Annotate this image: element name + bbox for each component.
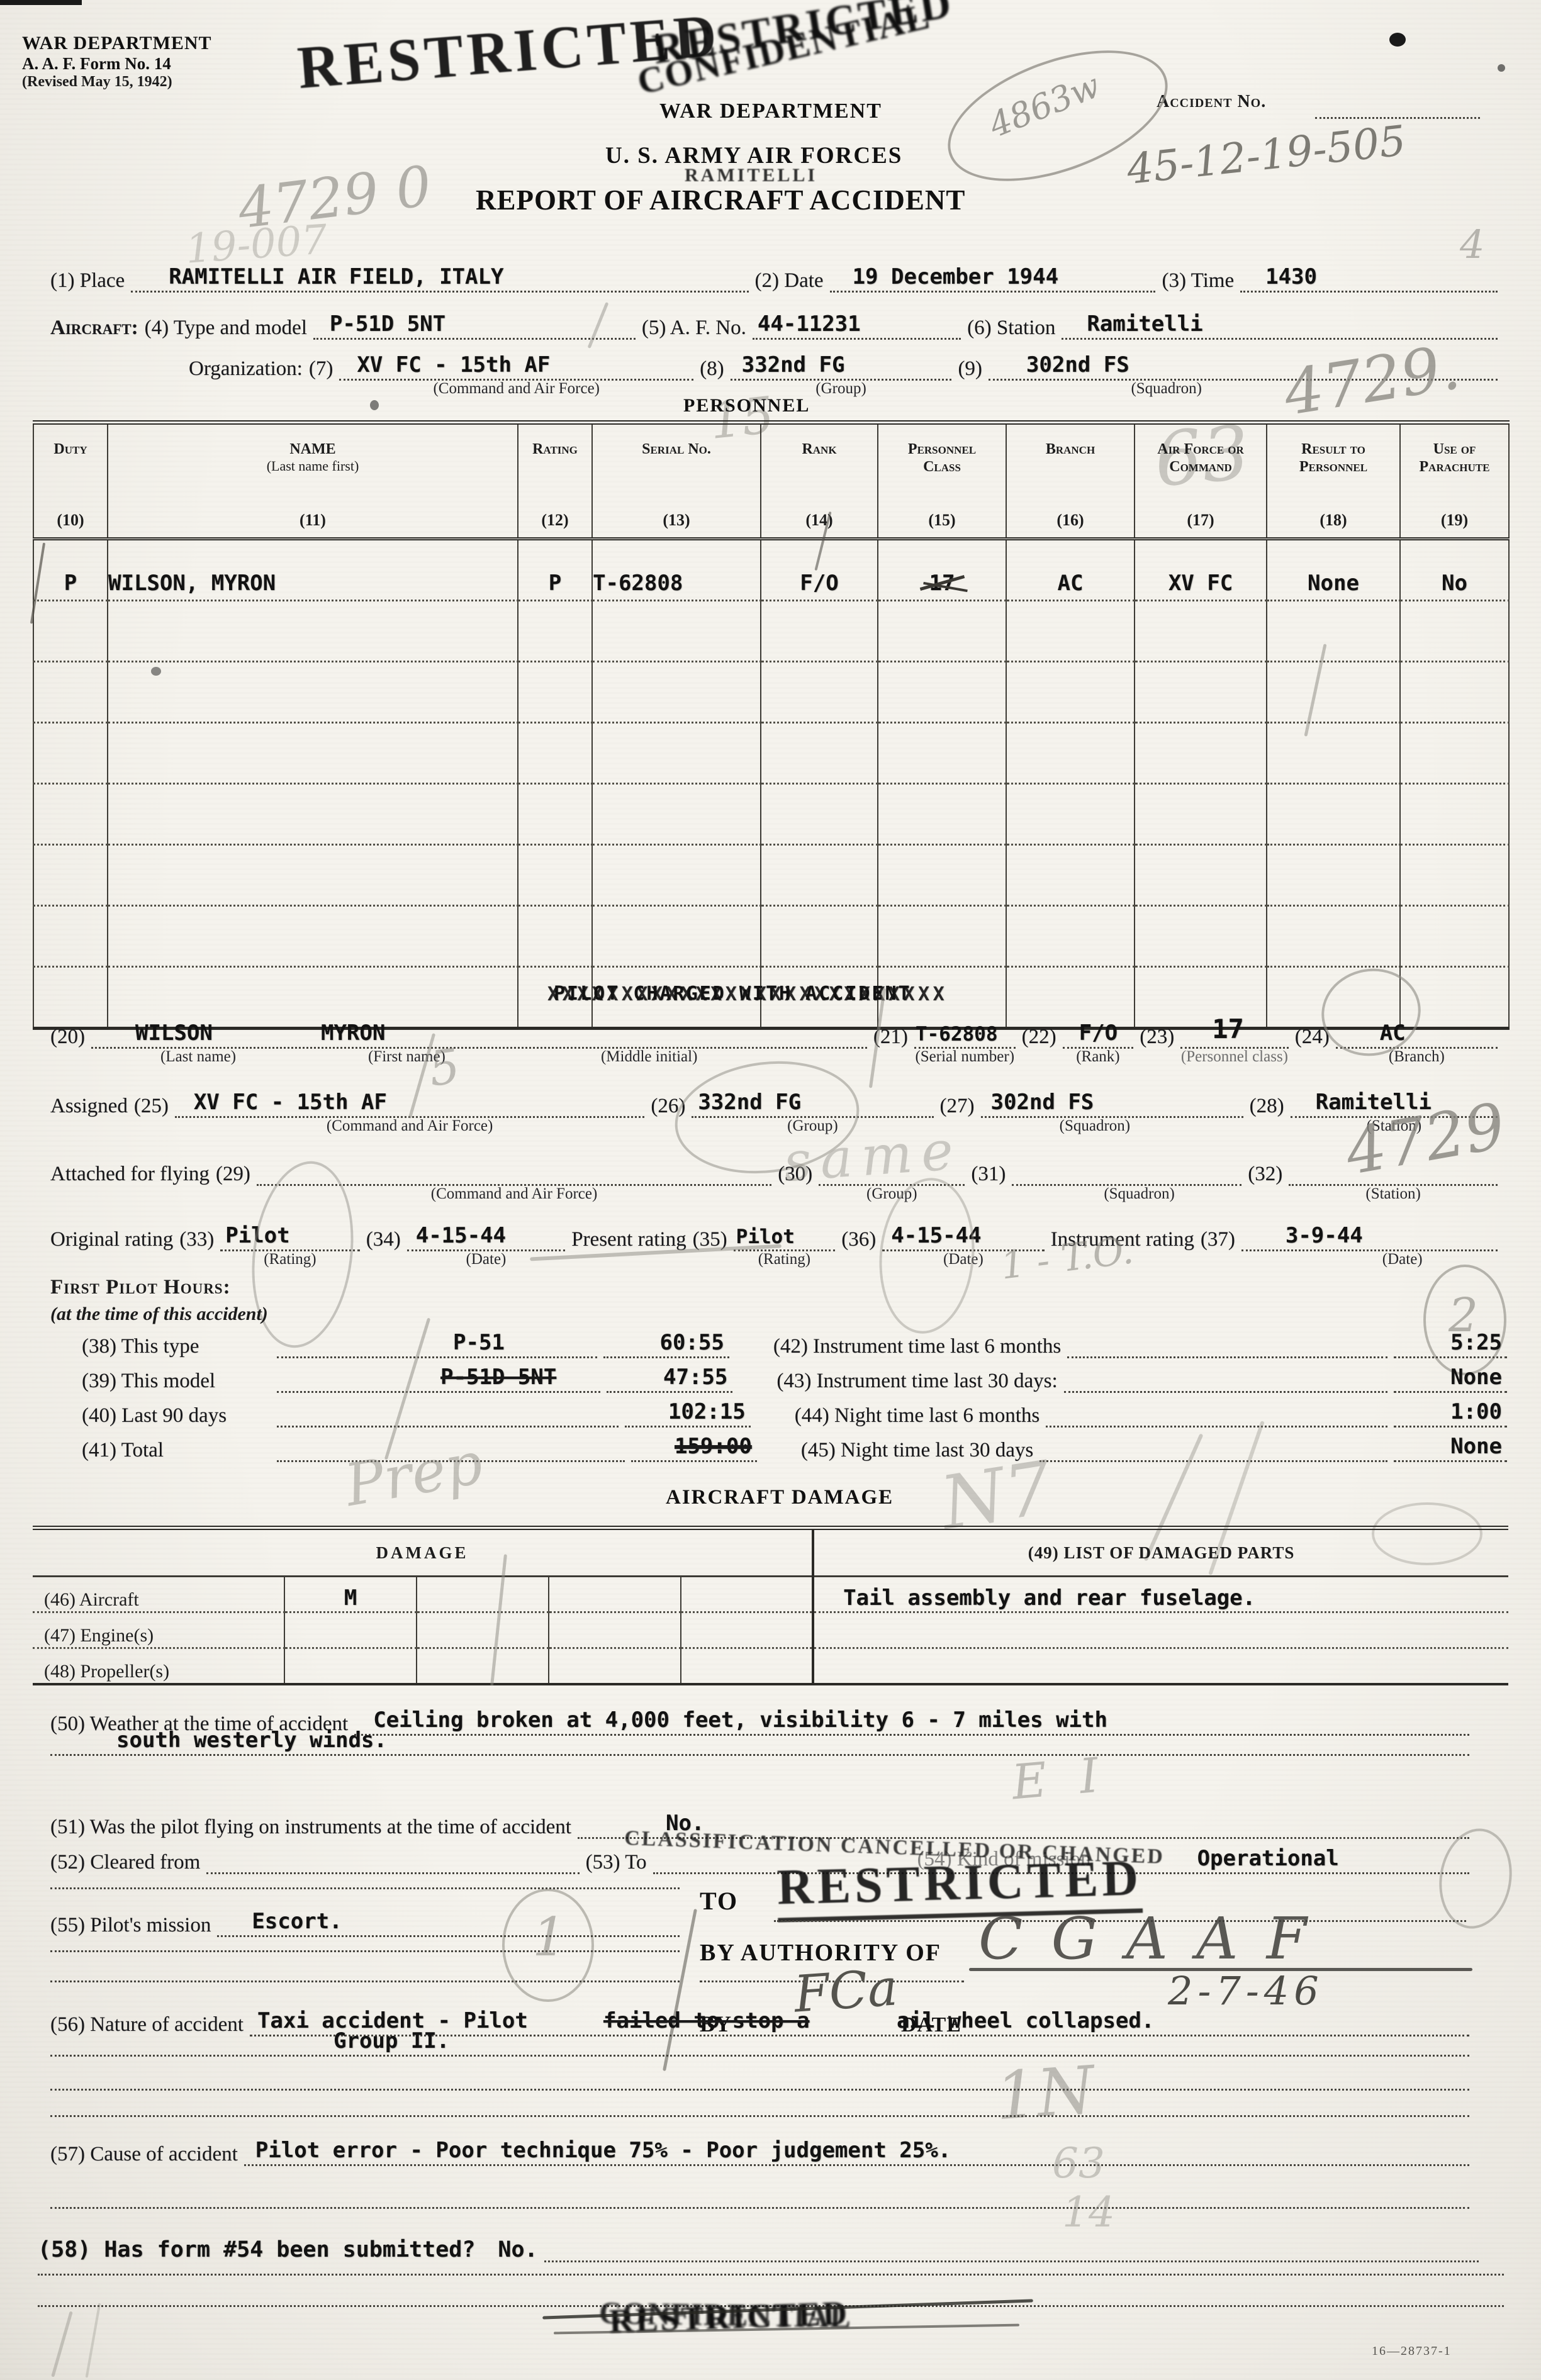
col-name: NAME(Last name first)(11) [108, 423, 518, 539]
field-row-pilot-name: (20) WILSON MYRON (Last name) (First nam… [50, 1025, 1498, 1049]
sub-last-name: (Last name) [160, 1048, 236, 1066]
hours-row-2: (39) This model P-51D 5NT 47:55 (43) Ins… [82, 1370, 1507, 1393]
personnel-header-row: Duty(10) NAME(Last name first)(11) Ratin… [33, 423, 1509, 539]
pilot-name-line: WILSON MYRON (Last name) (First name) (M… [91, 1042, 867, 1049]
instr-30d-value-line: None [1394, 1386, 1507, 1393]
authority-handwritten: C G A A F [978, 1905, 1312, 1972]
pencil-note: 4 [1460, 221, 1484, 267]
type-model-value: P-51D 5NT [330, 311, 445, 337]
form-revision-line: (Revised May 15, 1942) [22, 74, 212, 91]
last-90-hours: 102:15 [668, 1399, 746, 1424]
sub-attached-command: (Command and Air Force) [431, 1185, 598, 1203]
accident-no-handwritten: 45-12-19-505 [1124, 116, 1408, 194]
col-rating: Rating(12) [518, 423, 592, 539]
sub-present-rating: (Rating) [758, 1251, 810, 1268]
field-row-aircraft: Aircraft: (4) Type and model P-51D 5NT (… [50, 316, 1498, 340]
time-label: (3) Time [1162, 269, 1234, 293]
name-value: WILSON, MYRON [108, 571, 276, 596]
strikeout-x-overlay: XXXXXXXXXXXXXXXXXXXXXXXXXXX [547, 983, 948, 1005]
nature-label: (56) Nature of accident [50, 2013, 244, 2036]
first-pilot-hours-title: First Pilot Hours: [50, 1276, 231, 1299]
damage-header: DAMAGE [33, 1528, 813, 1577]
time-value: 1430 [1265, 264, 1317, 289]
sub-assigned-command: (Command and Air Force) [327, 1117, 493, 1135]
night-6mo-value-line: 1:00 [1394, 1421, 1507, 1427]
scan-edge-artifact [0, 0, 82, 5]
form54-line [544, 2255, 1479, 2262]
ruled-line [50, 2207, 1469, 2209]
nature-line2: Group II. [50, 2050, 1469, 2057]
damage-row-engine: (47) Engine(s) [33, 1612, 1508, 1648]
cleared-from-label: (52) Cleared from [50, 1851, 200, 1874]
form-dept-line: WAR DEPARTMENT [22, 33, 212, 54]
col-parachute: Use ofParachute(19) [1400, 423, 1509, 539]
this-type-label: (38) This type [82, 1335, 271, 1358]
form54-answer: No. [498, 2237, 537, 2262]
ink-speck [1498, 64, 1505, 72]
total-label: (41) Total [82, 1439, 271, 1462]
this-model-line: P-51D 5NT [277, 1386, 600, 1393]
parachute-value: No [1442, 571, 1467, 596]
group-line: 332nd FG (Group) [731, 374, 952, 381]
last-90-line [277, 1421, 619, 1427]
hours-row-4: (41) Total 159:00 (45) Night time last 3… [82, 1439, 1507, 1462]
result-value: None [1308, 571, 1359, 596]
sub-serial: (Serial number) [915, 1048, 1014, 1066]
cause-label: (57) Cause of accident [50, 2143, 238, 2166]
attached-station-line: (Station) [1289, 1179, 1498, 1186]
this-model-hours: 47:55 [663, 1365, 727, 1390]
pencil-circle [1432, 1823, 1519, 1934]
assigned-squadron-value: 302nd FS [991, 1090, 1094, 1115]
sub-attached-squadron: (Squadron) [1104, 1185, 1174, 1203]
pencil-stroke [86, 2303, 101, 2378]
weather-value-line2: south westerly winds. [116, 1728, 387, 1753]
accident-report-page: WAR DEPARTMENT A. A. F. Form No. 14 (Rev… [0, 0, 1541, 2380]
command-af-num: (7) [309, 357, 333, 381]
this-model-hours-line: 47:55 [607, 1386, 732, 1393]
pilot-serial-line: T-62808 (Serial number) [914, 1042, 1016, 1049]
this-type-name: P-51 [453, 1330, 505, 1355]
field-row-attached: Attached for flying (29) (Command and Ai… [50, 1163, 1498, 1186]
pilot-class-value: 17 [1212, 1014, 1244, 1044]
station-value: Ramitelli [1087, 311, 1202, 337]
ink-speck [1389, 33, 1406, 47]
sub-assigned-squadron: (Squadron) [1060, 1117, 1130, 1135]
f27-num: (27) [940, 1095, 975, 1118]
af-no-line: 44-11231 [753, 333, 961, 340]
af-no-label: (5) A. F. No. [642, 316, 746, 340]
type-model-line: P-51D 5NT [313, 333, 636, 340]
this-model-label: (39) This model [82, 1370, 271, 1393]
pencil-stroke [51, 2311, 73, 2377]
field-row-nature-2: Group II. [50, 2050, 1469, 2057]
ruled-line [50, 1981, 680, 1982]
assigned-label: Assigned [50, 1095, 128, 1118]
instr-6mo-value-line: 5:25 [1394, 1351, 1507, 1358]
nature-value-line2: Group II. [333, 2028, 449, 2053]
cause-line: Pilot error - Poor technique 75% - Poor … [244, 2159, 1469, 2166]
nature-value-strike: failed to stop a [603, 2008, 810, 2033]
attached-label: Attached for flying [50, 1163, 210, 1186]
last-90-label: (40) Last 90 days [82, 1404, 271, 1427]
this-type-line: P-51 [277, 1351, 597, 1358]
instr-30d-label: (43) Instrument time last 30 days: [776, 1370, 1057, 1393]
total-hours: 159:00 [675, 1434, 752, 1459]
af-no-value: 44-11231 [758, 311, 861, 337]
group-sub: (Group) [815, 380, 866, 398]
this-model-name: P-51D 5NT [440, 1365, 556, 1390]
personnel-empty-row [33, 784, 1509, 845]
group-num: (8) [700, 357, 724, 381]
to-label: (53) To [586, 1851, 647, 1874]
command-af-sub: (Command and Air Force) [433, 380, 600, 398]
weather-line2: south westerly winds. [50, 1749, 1469, 1756]
personnel-empty-row [33, 662, 1509, 723]
ruled-line [38, 2274, 1504, 2276]
f28-num: (28) [1250, 1095, 1284, 1118]
instruments-question-label: (51) Was the pilot flying on instruments… [50, 1816, 571, 1839]
f29-num: (29) [216, 1163, 250, 1186]
aircraft-damage-title: AIRCRAFT DAMAGE [666, 1486, 894, 1509]
weather-line1: Ceiling broken at 4,000 feet, visibility… [354, 1729, 1469, 1736]
assigned-squadron-line: 302nd FS (Squadron) [981, 1111, 1243, 1118]
field-row-weather-2: south westerly winds. [50, 1749, 1469, 1756]
personnel-empty-row [33, 845, 1509, 906]
field-row-mission: (55) Pilot's mission Escort. [50, 1914, 680, 1937]
form-number-line: A. A. F. Form No. 14 [22, 54, 212, 74]
nature-value-part2: ail wheel collapsed. [897, 2008, 1154, 2033]
command-value: XV FC [1168, 571, 1233, 596]
field-row-form54: (58) Has form #54 been submitted? No. [38, 2237, 1479, 2262]
sub-middle-initial: (Middle initial) [601, 1048, 697, 1066]
f25-num: (25) [134, 1095, 169, 1118]
f33-num: (33) [179, 1228, 214, 1251]
pencil-note: 4729. [1279, 332, 1465, 430]
personnel-empty-row [33, 906, 1509, 967]
pilot-first-name: MYRON [321, 1020, 385, 1046]
command-af-value: XV FC - 15th AF [357, 352, 550, 377]
damaged-parts-value: Tail assembly and rear fuselage. [843, 1585, 1255, 1611]
field-row-place-date-time: (1) Place RAMITELLI AIR FIELD, ITALY (2)… [50, 269, 1498, 293]
ruled-line [50, 2089, 1469, 2091]
branch-value: AC [1058, 571, 1084, 596]
col-personnel-class: PersonnelClass(15) [878, 423, 1006, 539]
accident-no-label: Accident No. [1157, 92, 1266, 112]
pilot-serial-value: T-62808 [916, 1023, 998, 1046]
personnel-table: Duty(10) NAME(Last name first)(11) Ratin… [33, 420, 1510, 1030]
date-value: 19 December 1944 [853, 264, 1059, 289]
hours-row-3: (40) Last 90 days 102:15 (44) Night time… [82, 1404, 1507, 1427]
col-air-force: Air Force orCommand(17) [1135, 423, 1267, 539]
instr-30d-line [1064, 1386, 1387, 1393]
propeller-damage-label: (48) Propeller(s) [33, 1648, 284, 1685]
personnel-class-value: 17 [929, 571, 955, 596]
field-row-nature: (56) Nature of accident Taxi accident - … [50, 2013, 1469, 2036]
header-war-department: WAR DEPARTMENT [659, 99, 882, 123]
instrument-date-line: 3-9-44 (Date) [1241, 1244, 1498, 1251]
personnel-data-row: P WILSON, MYRON P T-62808 F/O 17 AC XV F… [33, 539, 1509, 601]
page-title: REPORT OF AIRCRAFT ACCIDENT [476, 184, 965, 216]
kind-of-mission-value: Operational [1197, 1846, 1339, 1871]
instr-6mo-value: 5:25 [1450, 1330, 1502, 1355]
stamp-to-label: TO [700, 1886, 738, 1916]
personnel-empty-row [33, 601, 1509, 662]
station-label: (6) Station [967, 316, 1055, 340]
form-print-code: 16—28737-1 [1372, 2344, 1452, 2359]
sub-original-date: (Date) [466, 1251, 507, 1268]
pencil-note: 1N [993, 2052, 1097, 2135]
pilot-rank-line: F/O (Rank) [1063, 1042, 1134, 1049]
night-30d-line [1039, 1455, 1387, 1462]
night-30d-value-line: None [1394, 1455, 1507, 1462]
f22-num: (22) [1022, 1025, 1056, 1049]
squadron-value: 302nd FS [1026, 352, 1129, 377]
pencil-note: 14 [1062, 2188, 1115, 2237]
form54-question: (58) Has form #54 been submitted? [38, 2237, 475, 2262]
this-type-hours: 60:55 [659, 1330, 724, 1355]
last-90-hours-line: 102:15 [625, 1421, 751, 1427]
damage-header-row: DAMAGE (49) LIST OF DAMAGED PARTS [33, 1528, 1508, 1577]
f31-num: (31) [971, 1163, 1006, 1186]
place-value: RAMITELLI AIR FIELD, ITALY [169, 264, 503, 289]
aircraft-damage-value: M [344, 1585, 357, 1611]
group-value: 332nd FG [742, 352, 845, 377]
total-hours-line: 159:00 [631, 1455, 757, 1462]
damage-table: DAMAGE (49) LIST OF DAMAGED PARTS (46) A… [33, 1526, 1508, 1685]
place-label: (1) Place [50, 269, 125, 293]
date-handwritten: 2-7-46 [1168, 1968, 1324, 2014]
aircraft-label: Aircraft: [50, 316, 138, 340]
form-identification-block: WAR DEPARTMENT A. A. F. Form No. 14 (Rev… [22, 33, 212, 91]
damage-row-propeller: (48) Propeller(s) [33, 1648, 1508, 1685]
pilot-rank-value: F/O [1079, 1020, 1118, 1046]
mission-line: Escort. [217, 1930, 680, 1937]
col-rank: Rank(14) [761, 423, 878, 539]
weather-value-line1: Ceiling broken at 4,000 feet, visibility… [373, 1707, 1107, 1733]
place-line: RAMITELLI AIR FIELD, ITALY [131, 286, 748, 293]
f36-num: (36) [841, 1228, 876, 1251]
damage-row-aircraft: (46) Aircraft M Tail assembly and rear f… [33, 1577, 1508, 1612]
engine-damage-label: (47) Engine(s) [33, 1612, 284, 1648]
sub-branch: (Branch) [1389, 1048, 1445, 1066]
squadron-sub: (Squadron) [1131, 380, 1201, 398]
pilot-charged-title: PILOT CHARGED WITH ACCIDENT XXXXXXXXXXXX… [554, 983, 912, 1005]
pencil-note: E I [1009, 1746, 1109, 1811]
organization-label: Organization: [189, 357, 303, 381]
date-line: 19 December 1944 [830, 286, 1156, 293]
night-30d-value: None [1450, 1434, 1502, 1459]
col-duty: Duty(10) [33, 423, 108, 539]
rating-value: P [549, 571, 561, 596]
time-line: 1430 [1240, 286, 1498, 293]
original-date-value: 4-15-44 [416, 1223, 506, 1248]
instr-6mo-line [1067, 1351, 1387, 1358]
command-af-line: XV FC - 15th AF (Command and Air Force) [339, 374, 693, 381]
sub-rank: (Rank) [1076, 1048, 1119, 1066]
assigned-command-value: XV FC - 15th AF [194, 1090, 387, 1115]
damaged-parts-header: (49) LIST OF DAMAGED PARTS [813, 1528, 1508, 1577]
f20-num: (20) [50, 1025, 85, 1049]
ruled-line [50, 1950, 680, 1952]
this-type-hours-line: 60:55 [603, 1351, 729, 1358]
original-rating-label: Original rating [50, 1228, 173, 1251]
personnel-section-title: PERSONNEL [683, 395, 810, 416]
f32-num: (32) [1248, 1163, 1282, 1186]
cause-value: Pilot error - Poor technique 75% - Poor … [255, 2138, 951, 2163]
col-result: Result toPersonnel(18) [1267, 423, 1400, 539]
f34-num: (34) [366, 1228, 401, 1251]
instrument-date-value: 3-9-44 [1286, 1223, 1363, 1248]
pencil-note: 63 [1052, 2139, 1105, 2187]
pilot-class-line: 17 (Personnel class) [1180, 1042, 1289, 1049]
squadron-num: (9) [958, 357, 982, 381]
col-serial: Serial No.(13) [592, 423, 761, 539]
instr-6mo-label: (42) Instrument time last 6 months [773, 1335, 1061, 1358]
ruled-line [50, 1887, 680, 1889]
date-label: (2) Date [755, 269, 824, 293]
type-model-label: (4) Type and model [145, 316, 307, 340]
f37-num: (37) [1201, 1228, 1235, 1251]
mission-value: Escort. [252, 1909, 342, 1934]
original-date-line: 4-15-44 (Date) [407, 1244, 565, 1251]
hours-row-1: (38) This type P-51 60:55 (42) Instrumen… [82, 1335, 1507, 1358]
duty-value: P [64, 571, 77, 596]
f23-num: (23) [1140, 1025, 1174, 1049]
pilot-last-name: WILSON [135, 1020, 213, 1046]
night-6mo-line [1046, 1421, 1387, 1427]
personnel-empty-row [33, 723, 1509, 784]
pilots-mission-label: (55) Pilot's mission [50, 1914, 211, 1937]
ruled-line [50, 2115, 1469, 2117]
serial-value: T-62808 [593, 571, 683, 596]
ramitelli-stamp: RAMITELLI [685, 165, 817, 186]
sub-attached-station: (Station) [1365, 1185, 1421, 1203]
first-pilot-hours-subtitle: (at the time of this accident) [50, 1304, 268, 1325]
col-branch: Branch(16) [1006, 423, 1135, 539]
night-6mo-value: 1:00 [1450, 1399, 1502, 1424]
sub-instrument-date: (Date) [1382, 1251, 1423, 1268]
cleared-from-line [206, 1867, 579, 1874]
stamp-authority-label: BY AUTHORITY OF [700, 1939, 941, 1967]
rank-value: F/O [800, 571, 838, 596]
ink-speck [370, 400, 379, 410]
night-6mo-label: (44) Night time last 6 months [795, 1404, 1040, 1427]
present-rating-label: Present rating [571, 1228, 686, 1251]
aircraft-damage-label: (46) Aircraft [33, 1577, 284, 1612]
instr-30d-value: None [1450, 1365, 1502, 1390]
field-row-cause: (57) Cause of accident Pilot error - Poo… [50, 2143, 1469, 2166]
sub-personnel-class: (Personnel class) [1181, 1048, 1288, 1066]
attached-squadron-line: (Squadron) [1012, 1179, 1241, 1186]
